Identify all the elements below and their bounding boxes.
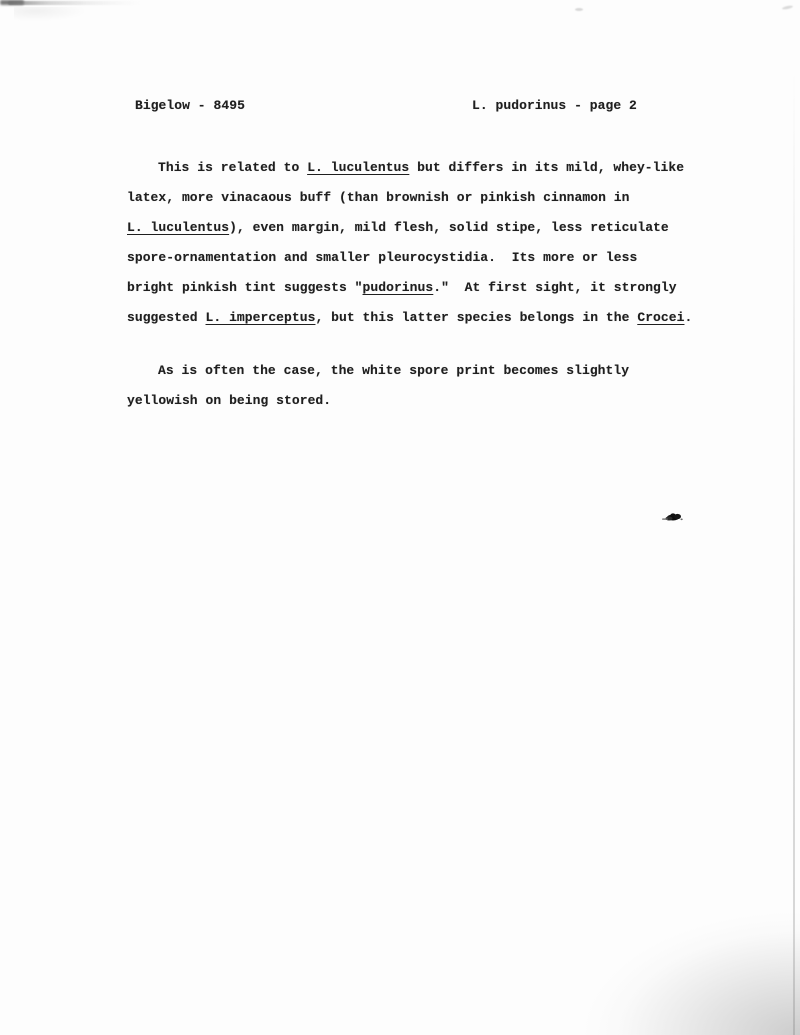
header-species-page-number: L. pudorinus - page 2 — [472, 98, 637, 113]
text-segment: bright pinkish tint suggests " — [127, 280, 363, 295]
text-segment: ." At first sight, it strongly — [433, 280, 676, 295]
page-header: Bigelow - 8495 L. pudorinus - page 2 — [0, 98, 800, 116]
underlined-species-name: pudorinus — [363, 280, 434, 295]
header-collector-number: Bigelow - 8495 — [135, 98, 245, 113]
text-segment: spore-ornamentation and smaller pleurocy… — [127, 250, 637, 265]
underlined-species-name: Crocei — [637, 310, 684, 325]
text-segment: ), even margin, mild flesh, solid stipe,… — [229, 220, 669, 235]
underlined-species-name: L. luculentus — [307, 160, 409, 175]
paragraph: This is related to L. luculentus but dif… — [127, 153, 737, 333]
text-segment: latex, more vinacaous buff (than brownis… — [127, 190, 629, 205]
scan-smudge-top-left — [0, 0, 24, 5]
text-line: This is related to L. luculentus but dif… — [127, 153, 737, 183]
scanned-document-page: Bigelow - 8495 L. pudorinus - page 2 Thi… — [0, 0, 800, 1035]
text-line: spore-ornamentation and smaller pleurocy… — [127, 243, 737, 273]
text-body: This is related to L. luculentus but dif… — [127, 153, 737, 439]
text-line: suggested L. imperceptus, but this latte… — [127, 303, 737, 333]
underlined-species-name: L. imperceptus — [206, 310, 316, 325]
underlined-species-name: L. luculentus — [127, 220, 229, 235]
text-segment: This is related to — [158, 160, 307, 175]
text-line: As is often the case, the white spore pr… — [127, 356, 737, 386]
paragraph: As is often the case, the white spore pr… — [127, 356, 737, 416]
scan-shadow-bottom-right — [490, 805, 800, 1035]
text-segment: suggested — [127, 310, 206, 325]
scan-wisp-top-left — [14, 7, 84, 21]
text-segment: . — [684, 310, 692, 325]
scan-edge-line-right — [793, 70, 795, 1035]
text-line: latex, more vinacaous buff (than brownis… — [127, 183, 737, 213]
text-line: yellowish on being stored. — [127, 386, 737, 416]
text-segment: As is often the case, the white spore pr… — [158, 363, 629, 378]
scan-speck-top-center — [575, 8, 583, 11]
text-segment: yellowish on being stored. — [127, 393, 331, 408]
scan-speck-top-right — [782, 5, 793, 10]
text-line: bright pinkish tint suggests "pudorinus.… — [127, 273, 737, 303]
text-segment: but differs in its mild, whey-like — [409, 160, 684, 175]
scan-streak-top-edge — [8, 1, 140, 5]
text-line: L. luculentus), even margin, mild flesh,… — [127, 213, 737, 243]
text-segment: , but this latter species belongs in the — [315, 310, 637, 325]
ink-blot — [660, 511, 684, 524]
